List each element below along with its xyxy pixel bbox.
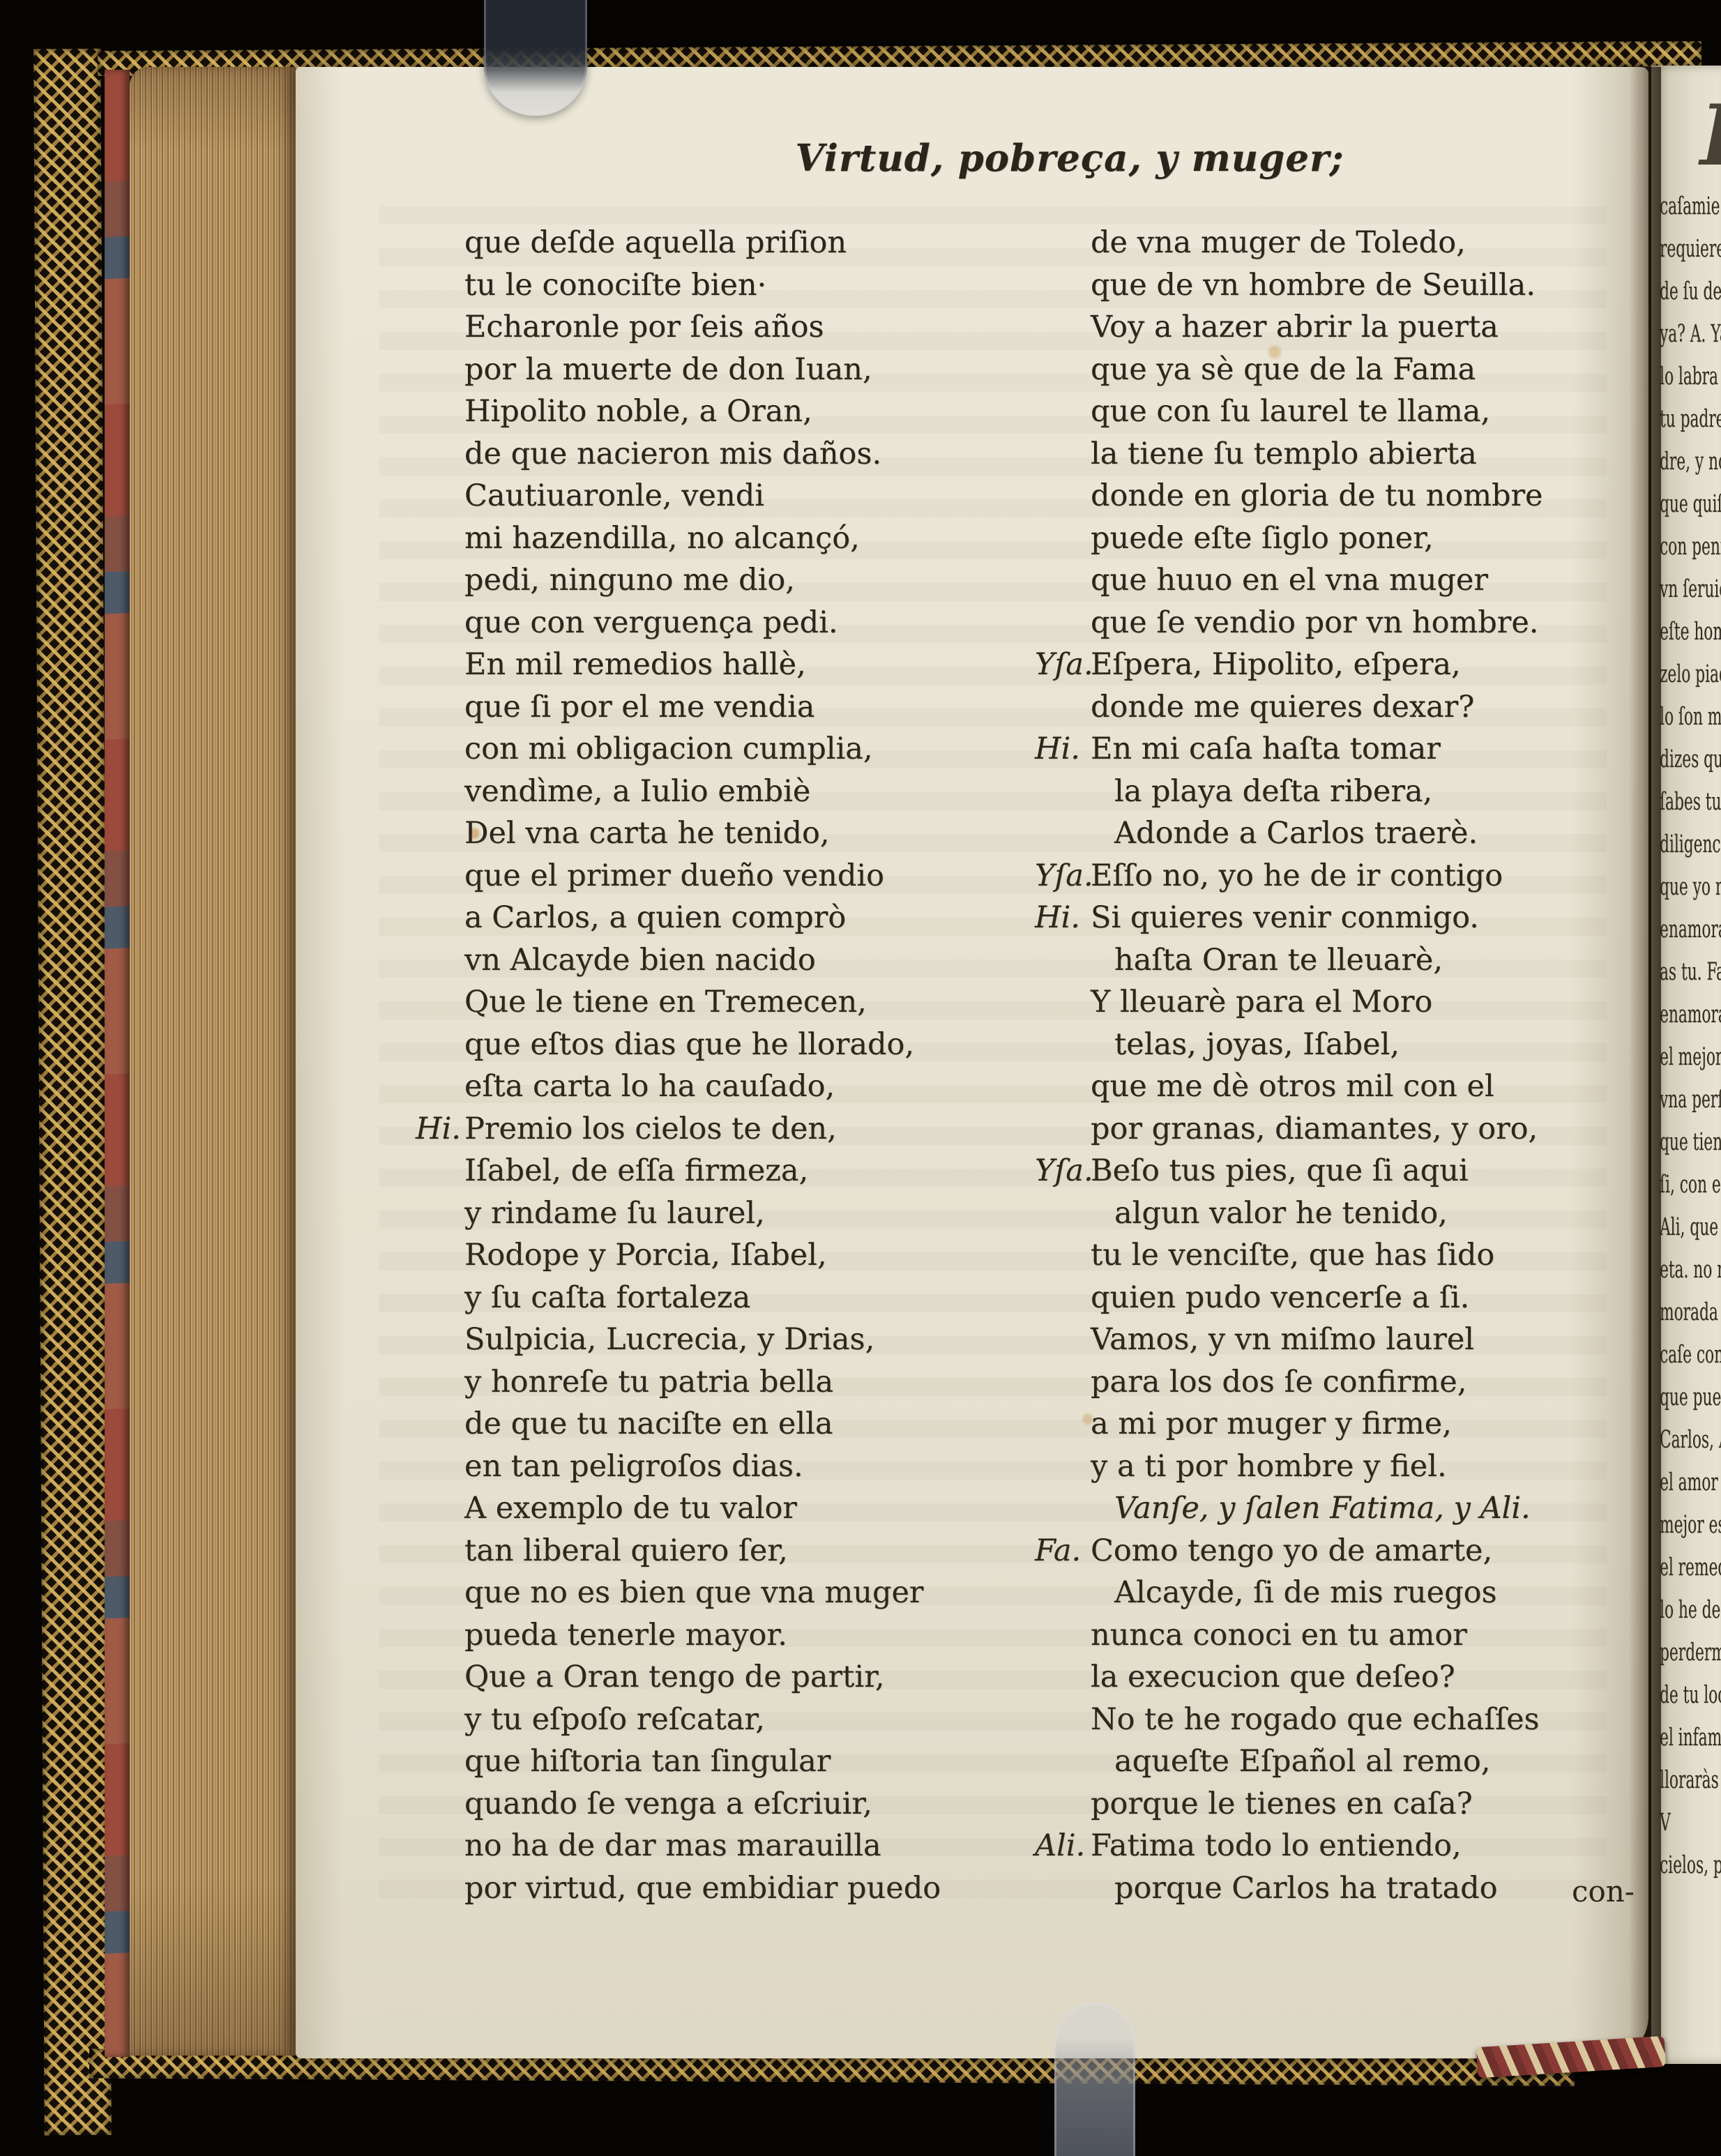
- verse-text: que eſtos dias que he llorado,: [464, 1027, 914, 1062]
- verse-line: de que tu naciſte en ella: [416, 1403, 1057, 1445]
- book-page: Virtud, pobreça, y muger; que deſde aque…: [296, 67, 1648, 2058]
- verse-text: que con ſu laurel te llama,: [1091, 394, 1490, 429]
- glass-weight-bottom: [1054, 2003, 1135, 2156]
- edge-fragment-line: cielos, po: [1660, 1844, 1721, 1887]
- verse-line: que ſe vendio por vn hombre.: [1035, 602, 1669, 644]
- verse-text: porque Carlos ha tratado: [1114, 1871, 1498, 1906]
- verse-line: y honreſe tu patria bella: [416, 1361, 1057, 1404]
- verse-text: Vamos, y vn miſmo laurel: [1091, 1322, 1474, 1357]
- verse-text: aqueſte Eſpañol al remo,: [1114, 1744, 1490, 1779]
- edge-fragment-line: el remedi: [1660, 1547, 1721, 1589]
- verse-line: puede eſte ſiglo poner,: [1035, 517, 1669, 560]
- verse-text: Eſſo no, yo he de ir contigo: [1091, 858, 1503, 893]
- edge-fragment-line: diligenci: [1660, 823, 1721, 866]
- verse-line: y rindame ſu laurel,: [416, 1192, 1057, 1235]
- edge-fragment-line: el infam: [1660, 1717, 1721, 1759]
- edge-fragment-line: que tiene er: [1660, 1121, 1721, 1164]
- edge-fragment-line: as tu. Fa. E: [1660, 951, 1721, 994]
- verse-text: de vna muger de Toledo,: [1091, 225, 1466, 260]
- verse-line: a mi por muger y firme,: [1035, 1403, 1669, 1445]
- verse-line: Voy a hazer abrir la puerta: [1035, 306, 1669, 349]
- verse-text: Echaronle por ſeis años: [464, 310, 824, 344]
- edge-fragment-line: vn ſeruicio: [1660, 568, 1721, 611]
- speaker-label: Hi.: [1035, 897, 1080, 939]
- verse-text: a Carlos, a quien comprò: [464, 900, 846, 935]
- edge-fragment-line: mejor es: [1660, 1504, 1721, 1547]
- verse-line: que deſde aquella priſion: [416, 222, 1057, 264]
- verse-text: vendìme, a Iulio embiè: [464, 774, 810, 809]
- edge-fragment-line: caſe con: [1660, 1334, 1721, 1376]
- verse-text: que ſe vendio por vn hombre.: [1091, 605, 1538, 640]
- verse-line: que ya sè que de la Fama: [1035, 349, 1669, 391]
- verse-line: haſta Oran te lleuarè,: [1035, 939, 1669, 982]
- verse-text: pueda tenerle mayor.: [464, 1618, 787, 1653]
- edge-fragment-line: ya? A. Ya: [1660, 313, 1721, 356]
- edge-fragment-line: que pueda c: [1660, 1376, 1721, 1419]
- verse-line: Vamos, y vn miſmo laurel: [1035, 1319, 1669, 1361]
- verse-line: y a ti por hombre y fiel.: [1035, 1445, 1669, 1488]
- running-header: Virtud, pobreça, y muger;: [784, 137, 1356, 180]
- verse-text: Y lleuarè para el Moro: [1091, 985, 1432, 1019]
- verse-text: con mi obligacion cumplia,: [464, 731, 873, 766]
- verse-text: la playa deſta ribera,: [1114, 774, 1432, 809]
- verse-text: en tan peligroſos dias.: [464, 1449, 803, 1484]
- edge-fragment-line: requiere: [1660, 228, 1721, 271]
- verse-line: que eſtos dias que he llorado,: [416, 1024, 1057, 1066]
- verse-line: de vna muger de Toledo,: [1035, 222, 1669, 264]
- catchword: con-: [1481, 1874, 1635, 1908]
- verse-text: no ha de dar mas marauilla: [464, 1828, 881, 1863]
- verse-text: quando ſe venga a eſcriuir,: [464, 1786, 872, 1821]
- edge-fragment-line: de ſu deſp: [1660, 271, 1721, 313]
- edge-fragment-line: enamorar: [1660, 994, 1721, 1036]
- edge-fragment-line: de tu loco: [1660, 1674, 1721, 1717]
- verse-line: para los dos ſe confirme,: [1035, 1361, 1669, 1404]
- speaker-label: Ali.: [1035, 1825, 1085, 1867]
- verse-line: telas, joyas, Iſabel,: [1035, 1024, 1669, 1066]
- verse-line: Echaronle por ſeis años: [416, 306, 1057, 349]
- verse-text: que ſi por el me vendia: [464, 690, 814, 724]
- marbled-paper-strip: [105, 70, 130, 2057]
- verse-text: de que tu naciſte en ella: [464, 1406, 833, 1441]
- verse-text: No te he rogado que echaſſes: [1091, 1702, 1540, 1737]
- edge-fragment-line: perderme: [1660, 1632, 1721, 1674]
- edge-fragment-line: lo labra p: [1660, 356, 1721, 398]
- verse-text: tan liberal quiero ſer,: [464, 1533, 788, 1568]
- verse-line: que de vn hombre de Seuilla.: [1035, 264, 1669, 307]
- verse-line: aqueſte Eſpañol al remo,: [1035, 1740, 1669, 1783]
- verse-line: que ſi por el me vendia: [416, 686, 1057, 729]
- verse-text: por granas, diamantes, y oro,: [1091, 1111, 1538, 1146]
- speaker-label: Yſa.: [1035, 855, 1093, 897]
- edge-fragment-line: que yo no: [1660, 866, 1721, 909]
- verse-line: que el primer dueño vendio: [416, 855, 1057, 897]
- edge-fragment-line: zelo piad: [1660, 653, 1721, 696]
- verse-line: la playa deſta ribera,: [1035, 770, 1669, 813]
- verse-text: Fatima todo lo entiendo,: [1091, 1828, 1462, 1863]
- edge-fragment-line: lloraràs: [1660, 1759, 1721, 1802]
- verse-line-with-speaker: Yſa.Beſo tus pies, que ſi aqui: [1035, 1150, 1669, 1192]
- verse-text: Alcayde, ſi de mis ruegos: [1114, 1575, 1497, 1610]
- verse-line: pedi, ninguno me dio,: [416, 559, 1057, 602]
- verse-line: por virtud, que embidiar puedo: [416, 1867, 1057, 1910]
- verse-text: donde en gloria de tu nombre: [1091, 478, 1543, 513]
- verse-text: Rodope y Porcia, Iſabel,: [464, 1238, 827, 1273]
- verse-text: Cautiuaronle, vendi: [464, 478, 764, 513]
- verse-line: donde en gloria de tu nombre: [1035, 475, 1669, 517]
- edge-fragment-line: dre, y no e: [1660, 441, 1721, 483]
- verse-line: que con ſu laurel te llama,: [1035, 390, 1669, 433]
- verse-text: que me dè otros mil con el: [1091, 1069, 1494, 1104]
- verse-text: Vanſe, y ſalen Fatima, y Ali.: [1114, 1491, 1531, 1526]
- verse-line: Sulpicia, Lucrecia, y Drias,: [416, 1319, 1057, 1361]
- verse-column-right: de vna muger de Toledo,que de vn hombre …: [1035, 222, 1669, 1909]
- verse-line: de que nacieron mis daños.: [416, 433, 1057, 476]
- verse-line: Vanſe, y ſalen Fatima, y Ali.: [1035, 1487, 1669, 1530]
- verse-text: y honreſe tu patria bella: [464, 1365, 833, 1399]
- verse-line: tan liberal quiero ſer,: [416, 1530, 1057, 1572]
- verse-line: En mil remedios hallè,: [416, 644, 1057, 686]
- verse-line-with-speaker: Fa.Como tengo yo de amarte,: [1035, 1530, 1669, 1572]
- verse-text: la execucion que deſeo?: [1091, 1660, 1455, 1694]
- edge-fragment-line: ſi, con el: [1660, 1164, 1721, 1206]
- verse-line-with-speaker: Ali.Fatima todo lo entiendo,: [1035, 1825, 1669, 1867]
- verse-text: Beſo tus pies, que ſi aqui: [1091, 1153, 1469, 1188]
- edge-fragment-line: ſabes tu que: [1660, 781, 1721, 823]
- verse-text: que hiſtoria tan ſingular: [464, 1744, 831, 1779]
- verse-line: la execucion que deſeo?: [1035, 1656, 1669, 1699]
- verse-line: Iſabel, de eſſa firmeza,: [416, 1150, 1057, 1192]
- verse-text: eſta carta lo ha cauſado,: [464, 1069, 835, 1104]
- verse-line: en tan peligroſos dias.: [416, 1445, 1057, 1488]
- verse-text: por virtud, que embidiar puedo: [464, 1871, 941, 1906]
- edge-fragment-line: caſamie: [1660, 185, 1721, 228]
- verse-line: porque le tienes en caſa?: [1035, 1783, 1669, 1825]
- verse-line: vn Alcayde bien nacido: [416, 939, 1057, 982]
- verse-text: Que a Oran tengo de partir,: [464, 1660, 885, 1694]
- verse-line: Que le tiene en Tremecen,: [416, 981, 1057, 1024]
- verse-line: Rodope y Porcia, Iſabel,: [416, 1234, 1057, 1277]
- verse-text: telas, joyas, Iſabel,: [1114, 1027, 1400, 1062]
- verse-text: Eſpera, Hipolito, eſpera,: [1091, 647, 1461, 682]
- facing-page-fragments: caſamierequierede ſu deſpya? A. Yalo lab…: [1660, 185, 1721, 1887]
- verse-text: algun valor he tenido,: [1114, 1196, 1448, 1231]
- verse-line: Cautiuaronle, vendi: [416, 475, 1057, 517]
- verse-text: Como tengo yo de amarte,: [1091, 1533, 1492, 1568]
- verse-text: y a ti por hombre y fiel.: [1091, 1449, 1447, 1484]
- verse-line: por granas, diamantes, y oro,: [1035, 1108, 1669, 1151]
- verse-text: A exemplo de tu valor: [464, 1491, 797, 1526]
- verse-line: con mi obligacion cumplia,: [416, 728, 1057, 770]
- facing-page-partial-capital: D: [1700, 86, 1721, 185]
- edge-fragment-line: Ali, que p: [1660, 1206, 1721, 1249]
- verse-line: quien pudo vencerſe a ſi.: [1035, 1277, 1669, 1319]
- verse-text: Del vna carta he tenido,: [464, 816, 830, 851]
- verse-line-with-speaker: Hi.En mi caſa haſta tomar: [1035, 728, 1669, 770]
- verse-line-with-speaker: Hi.Si quieres venir conmigo.: [1035, 897, 1669, 939]
- verse-line: por la muerte de don Iuan,: [416, 349, 1057, 391]
- verse-line: pueda tenerle mayor.: [416, 1614, 1057, 1657]
- verse-line: a Carlos, a quien comprò: [416, 897, 1057, 939]
- edge-fragment-line: el amor que: [1660, 1462, 1721, 1504]
- edge-fragment-line: que quiſe: [1660, 483, 1721, 526]
- verse-text: a mi por muger y firme,: [1091, 1406, 1452, 1441]
- verse-line: que huuo en el vna muger: [1035, 559, 1669, 602]
- edge-fragment-line: eta. no mi: [1660, 1249, 1721, 1291]
- verse-line: que con verguença pedi.: [416, 602, 1057, 644]
- verse-text: y tu eſpoſo reſcatar,: [464, 1702, 765, 1737]
- edge-fragment-line: vna perſ: [1660, 1079, 1721, 1121]
- edge-fragment-line: V: [1660, 1802, 1721, 1844]
- verse-line: vendìme, a Iulio embiè: [416, 770, 1057, 813]
- verse-text: En mil remedios hallè,: [464, 647, 806, 682]
- edge-fragment-line: lo ſon mis: [1660, 696, 1721, 738]
- glass-weight-top: [484, 0, 587, 116]
- verse-text: que con verguença pedi.: [464, 605, 838, 640]
- verse-line: y ſu caſta fortaleza: [416, 1277, 1057, 1319]
- verse-line: Y lleuarè para el Moro: [1035, 981, 1669, 1024]
- verse-line-with-speaker: Yſa.Eſpera, Hipolito, eſpera,: [1035, 644, 1669, 686]
- verse-text: porque le tienes en caſa?: [1091, 1786, 1473, 1821]
- verse-text: Voy a hazer abrir la puerta: [1091, 310, 1499, 344]
- verse-text: que ya sè que de la Fama: [1091, 352, 1476, 387]
- verse-text: para los dos ſe confirme,: [1091, 1365, 1466, 1399]
- edge-fragment-line: dizes que r: [1660, 738, 1721, 781]
- verse-column-left: que deſde aquella priſiontu le conociſte…: [416, 222, 1057, 1909]
- verse-line: que no es bien que vna muger: [416, 1572, 1057, 1614]
- verse-text: Hipolito noble, a Oran,: [464, 394, 812, 429]
- verse-line: Hipolito noble, a Oran,: [416, 390, 1057, 433]
- verse-text: que huuo en el vna muger: [1091, 563, 1488, 598]
- verse-text: que el primer dueño vendio: [464, 858, 884, 893]
- verse-line: Que a Oran tengo de partir,: [416, 1656, 1057, 1699]
- edge-fragment-line: enamorarm: [1660, 909, 1721, 951]
- verse-line: quando ſe venga a eſcriuir,: [416, 1783, 1057, 1825]
- verse-text: la tiene ſu templo abierta: [1091, 436, 1477, 471]
- verse-text: Sulpicia, Lucrecia, y Drias,: [464, 1322, 874, 1357]
- speaker-label: Yſa.: [1035, 644, 1093, 686]
- verse-line: Del vna carta he tenido,: [416, 812, 1057, 855]
- facing-page-strip: D caſamierequierede ſu deſpya? A. Yalo l…: [1651, 66, 1721, 2064]
- verse-text: tu le venciſte, que has ſido: [1091, 1238, 1494, 1273]
- verse-line: la tiene ſu templo abierta: [1035, 433, 1669, 476]
- edge-fragment-line: lo he de ex: [1660, 1589, 1721, 1632]
- verse-line: donde me quieres dexar?: [1035, 686, 1669, 729]
- verse-text: pedi, ninguno me dio,: [464, 563, 795, 598]
- verse-line: tu le venciſte, que has ſido: [1035, 1234, 1669, 1277]
- verse-line: mi hazendilla, no alcançó,: [416, 517, 1057, 560]
- verse-text: haſta Oran te lleuarè,: [1114, 943, 1443, 978]
- verse-text: Que le tiene en Tremecen,: [464, 985, 867, 1019]
- speaker-label: Hi.: [416, 1108, 461, 1151]
- verse-line: A exemplo de tu valor: [416, 1487, 1057, 1530]
- verse-line: Adonde a Carlos traerè.: [1035, 812, 1669, 855]
- verse-text: por la muerte de don Iuan,: [464, 352, 872, 387]
- edge-fragment-line: eſte hombr: [1660, 611, 1721, 653]
- verse-line: y tu eſpoſo reſcatar,: [416, 1699, 1057, 1741]
- verse-line: nunca conoci en tu amor: [1035, 1614, 1669, 1657]
- verse-text: de que nacieron mis daños.: [464, 436, 881, 471]
- verse-text: que deſde aquella priſion: [464, 225, 847, 260]
- verse-text: y ſu caſta fortaleza: [464, 1280, 750, 1315]
- verse-line: algun valor he tenido,: [1035, 1192, 1669, 1235]
- verse-line-with-speaker: Hi.Premio los cielos te den,: [416, 1108, 1057, 1151]
- photo-background: { "colors": { "photo-bg": "#070503", "pa…: [0, 0, 1721, 2156]
- verse-line: que hiſtoria tan ſingular: [416, 1740, 1057, 1783]
- verse-text: Adonde a Carlos traerè.: [1114, 816, 1478, 851]
- verse-line: tu le conociſte bien·: [416, 264, 1057, 307]
- verse-text: puede eſte ſiglo poner,: [1091, 521, 1434, 556]
- verse-text: En mi caſa haſta tomar: [1091, 731, 1441, 766]
- text-block-fore-edge: [130, 67, 296, 2056]
- edge-fragment-line: Carlos, A: [1660, 1419, 1721, 1462]
- verse-line: Alcayde, ſi de mis ruegos: [1035, 1572, 1669, 1614]
- speaker-label: Yſa.: [1035, 1150, 1093, 1192]
- edge-fragment-line: tu padre.: [1660, 398, 1721, 441]
- verse-text: tu le conociſte bien·: [464, 268, 766, 303]
- verse-line: eſta carta lo ha cauſado,: [416, 1065, 1057, 1108]
- verse-text: nunca conoci en tu amor: [1091, 1618, 1467, 1653]
- speaker-label: Fa.: [1035, 1530, 1081, 1572]
- edge-fragment-line: con penſa: [1660, 526, 1721, 568]
- book-cover-gilt-edge-left: [33, 49, 112, 2135]
- edge-fragment-line: morada qu: [1660, 1291, 1721, 1334]
- verse-text: donde me quieres dexar?: [1091, 690, 1474, 724]
- verse-text: que no es bien que vna muger: [464, 1575, 923, 1610]
- verse-text: Iſabel, de eſſa firmeza,: [464, 1153, 808, 1188]
- verse-text: Si quieres venir conmigo.: [1091, 900, 1479, 935]
- verse-line: que me dè otros mil con el: [1035, 1065, 1669, 1108]
- verse-text: que de vn hombre de Seuilla.: [1091, 268, 1536, 303]
- verse-text: mi hazendilla, no alcançó,: [464, 521, 860, 556]
- verse-text: y rindame ſu laurel,: [464, 1196, 765, 1231]
- edge-fragment-line: el mejor: [1660, 1036, 1721, 1079]
- verse-text: quien pudo vencerſe a ſi.: [1091, 1280, 1469, 1315]
- verse-line: no ha de dar mas marauilla: [416, 1825, 1057, 1867]
- verse-line-with-speaker: Yſa.Eſſo no, yo he de ir contigo: [1035, 855, 1669, 897]
- verse-line: No te he rogado que echaſſes: [1035, 1699, 1669, 1741]
- verse-text: vn Alcayde bien nacido: [464, 943, 816, 978]
- speaker-label: Hi.: [1035, 728, 1080, 770]
- verse-text: Premio los cielos te den,: [464, 1111, 837, 1146]
